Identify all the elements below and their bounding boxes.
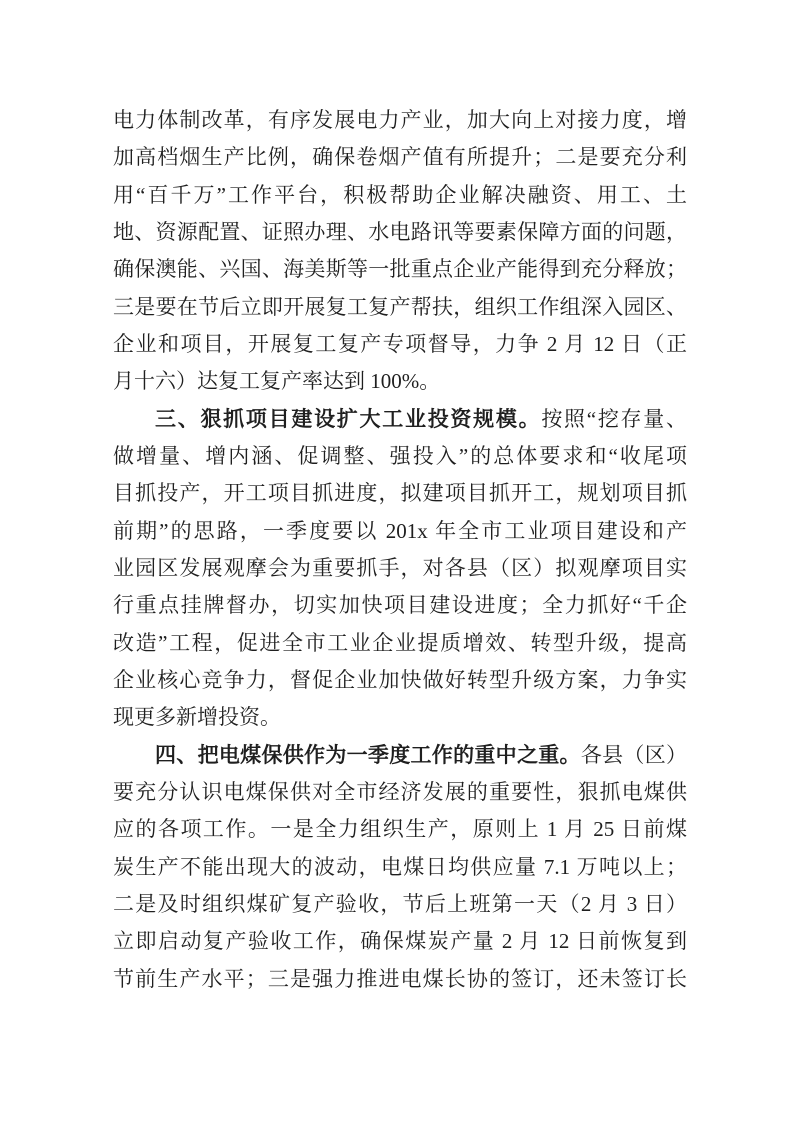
document-page: 电力体制改革，有序发展电力产业，加大向上对接力度，增 加高档烟生产比例，确保卷烟… bbox=[0, 0, 793, 1122]
text-line: 地、资源配置、证照办理、水电路讯等要素保障方面的问题， bbox=[113, 214, 687, 251]
text-line: 四、把电煤保供作为一季度工作的重中之重。各县（区） bbox=[113, 737, 687, 774]
section-3-heading: 三、狠抓项目建设扩大工业投资规模。 bbox=[155, 408, 541, 431]
text-line: 三是要在节后立即开展复工复产帮扶，组织工作组深入园区、 bbox=[113, 289, 687, 326]
section-4-heading: 四、把电煤保供作为一季度工作的重中之重。 bbox=[155, 744, 581, 767]
text-line: 行重点挂牌督办，切实加快项目建设进度；全力抓好“千企 bbox=[113, 587, 687, 624]
text-line: 用“百千万”工作平台，积极帮助企业解决融资、用工、土 bbox=[113, 177, 687, 214]
text-line: 现更多新增投资。 bbox=[113, 699, 687, 736]
text-line: 要充分认识电煤保供对全市经济发展的重要性，狠抓电煤供 bbox=[113, 774, 687, 811]
section-4-lead-rest: 各县（区） bbox=[581, 743, 687, 767]
text-line: 目抓投产，开工项目抓进度，拟建项目抓开工，规划项目抓 bbox=[113, 475, 687, 512]
document-body: 电力体制改革，有序发展电力产业，加大向上对接力度，增 加高档烟生产比例，确保卷烟… bbox=[113, 102, 687, 998]
text-line: 企业核心竞争力，督促企业加快做好转型升级方案，力争实 bbox=[113, 662, 687, 699]
text-line: 企业和项目，开展复工复产专项督导，力争 2 月 12 日（正 bbox=[113, 326, 687, 363]
text-line: 二是及时组织煤矿复产验收，节后上班第一天（2 月 3 日） bbox=[113, 886, 687, 923]
text-line: 做增量、增内涵、促调整、强投入”的总体要求和“收尾项 bbox=[113, 438, 687, 475]
text-line: 确保澳能、兴国、海美斯等一批重点企业产能得到充分释放； bbox=[113, 251, 687, 288]
text-line: 应的各项工作。一是全力组织生产，原则上 1 月 25 日前煤 bbox=[113, 811, 687, 848]
text-line: 炭生产不能出现大的波动，电煤日均供应量 7.1 万吨以上； bbox=[113, 849, 687, 886]
section-3-lead-rest: 按照“挖存量、 bbox=[541, 407, 687, 431]
text-line: 改造”工程，促进全市工业企业提质增效、转型升级，提高 bbox=[113, 625, 687, 662]
text-line: 前期”的思路，一季度要以 201x 年全市工业项目建设和产 bbox=[113, 513, 687, 550]
text-line: 电力体制改革，有序发展电力产业，加大向上对接力度，增 bbox=[113, 102, 687, 139]
text-line: 节前生产水平；三是强力推进电煤长协的签订，还未签订长 bbox=[113, 961, 687, 998]
text-line: 业园区发展观摩会为重要抓手，对各县（区）拟观摩项目实 bbox=[113, 550, 687, 587]
text-line: 月十六）达复工复产率达到 100%。 bbox=[113, 363, 687, 400]
text-line: 三、狠抓项目建设扩大工业投资规模。按照“挖存量、 bbox=[113, 401, 687, 438]
text-line: 立即启动复产验收工作，确保煤炭产量 2 月 12 日前恢复到 bbox=[113, 923, 687, 960]
text-line: 加高档烟生产比例，确保卷烟产值有所提升；二是要充分利 bbox=[113, 139, 687, 176]
